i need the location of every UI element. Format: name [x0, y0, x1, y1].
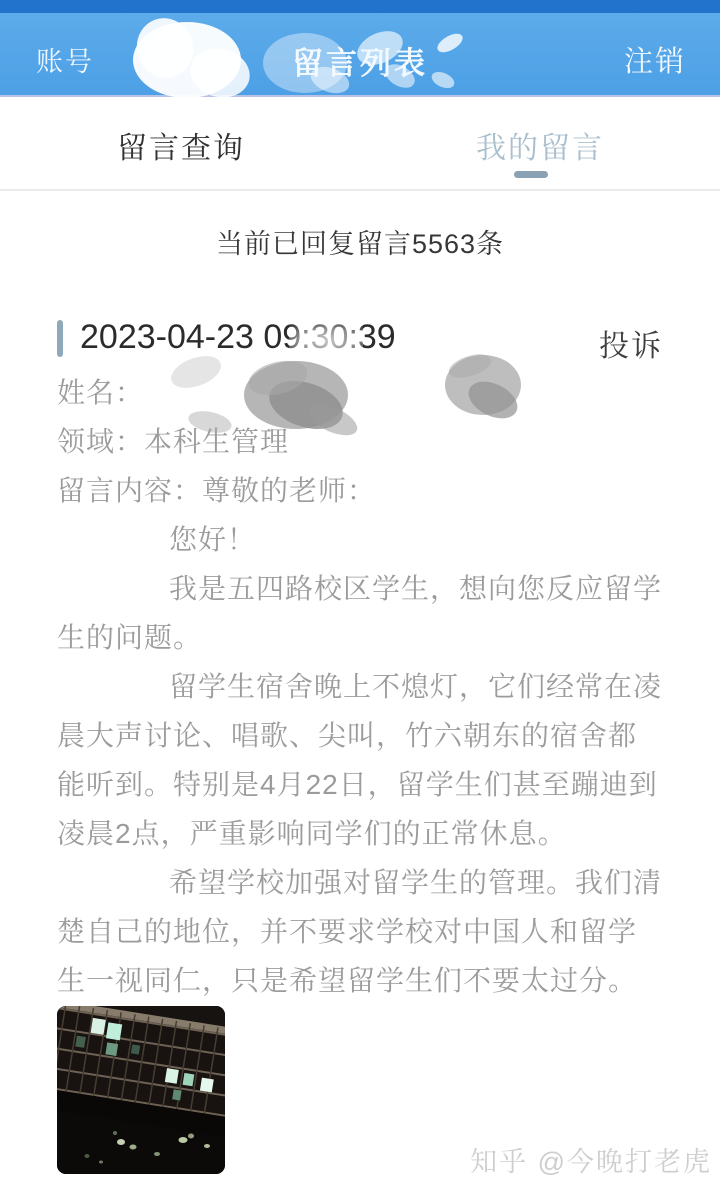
- tab-message-query[interactable]: 留言查询: [117, 123, 245, 167]
- content-label: 留言内容：: [57, 475, 202, 506]
- tab-my-messages[interactable]: 我的留言: [476, 123, 604, 167]
- active-tab-indicator: [514, 171, 548, 178]
- night-dormitory-image: [57, 1006, 225, 1174]
- name-redaction-scribble: [148, 350, 558, 445]
- complaint-tag: 投诉: [599, 321, 663, 365]
- page-title: 留言列表: [0, 38, 720, 83]
- replied-count-text: 当前已回复留言5563条: [0, 222, 720, 261]
- name-label: 姓名：: [57, 377, 144, 408]
- message-body: 姓名： 领域：本科生管理 留言内容：尊敬的老师： 您好！ 我是五四路校区学生，想…: [57, 368, 665, 1005]
- status-bar: [0, 0, 720, 13]
- logout-button[interactable]: 注销: [624, 39, 686, 80]
- message-paragraph: 留学生宿舍晚上不熄灯，它们经常在凌晨大声讨论、唱歌、尖叫，竹六朝东的宿舍都能听到…: [57, 662, 665, 858]
- salutation: 尊敬的老师：: [202, 475, 376, 506]
- message-paragraph: 我是五四路校区学生，想向您反应留学生的问题。: [57, 564, 665, 662]
- watermark: 知乎 @今晚打老虎: [470, 1140, 712, 1179]
- content-row: 留言内容：尊敬的老师：: [57, 466, 665, 515]
- tab-bar: 留言查询 我的留言: [0, 97, 720, 191]
- attachment-photo[interactable]: [57, 1006, 225, 1174]
- message-paragraph: 您好！: [57, 515, 665, 564]
- domain-label: 领域：: [57, 426, 144, 457]
- timestamp-accent-bar: [57, 320, 63, 357]
- app-header: 账号 留言列表 注销: [0, 13, 720, 97]
- message-paragraph: 希望学校加强对留学生的管理。我们清楚自己的地位，并不要求学校对中国人和留学生一视…: [57, 858, 665, 1005]
- app-screen: 账号 留言列表 注销 留言查询 我的留言 当前已回复留言5563条: [0, 0, 720, 1187]
